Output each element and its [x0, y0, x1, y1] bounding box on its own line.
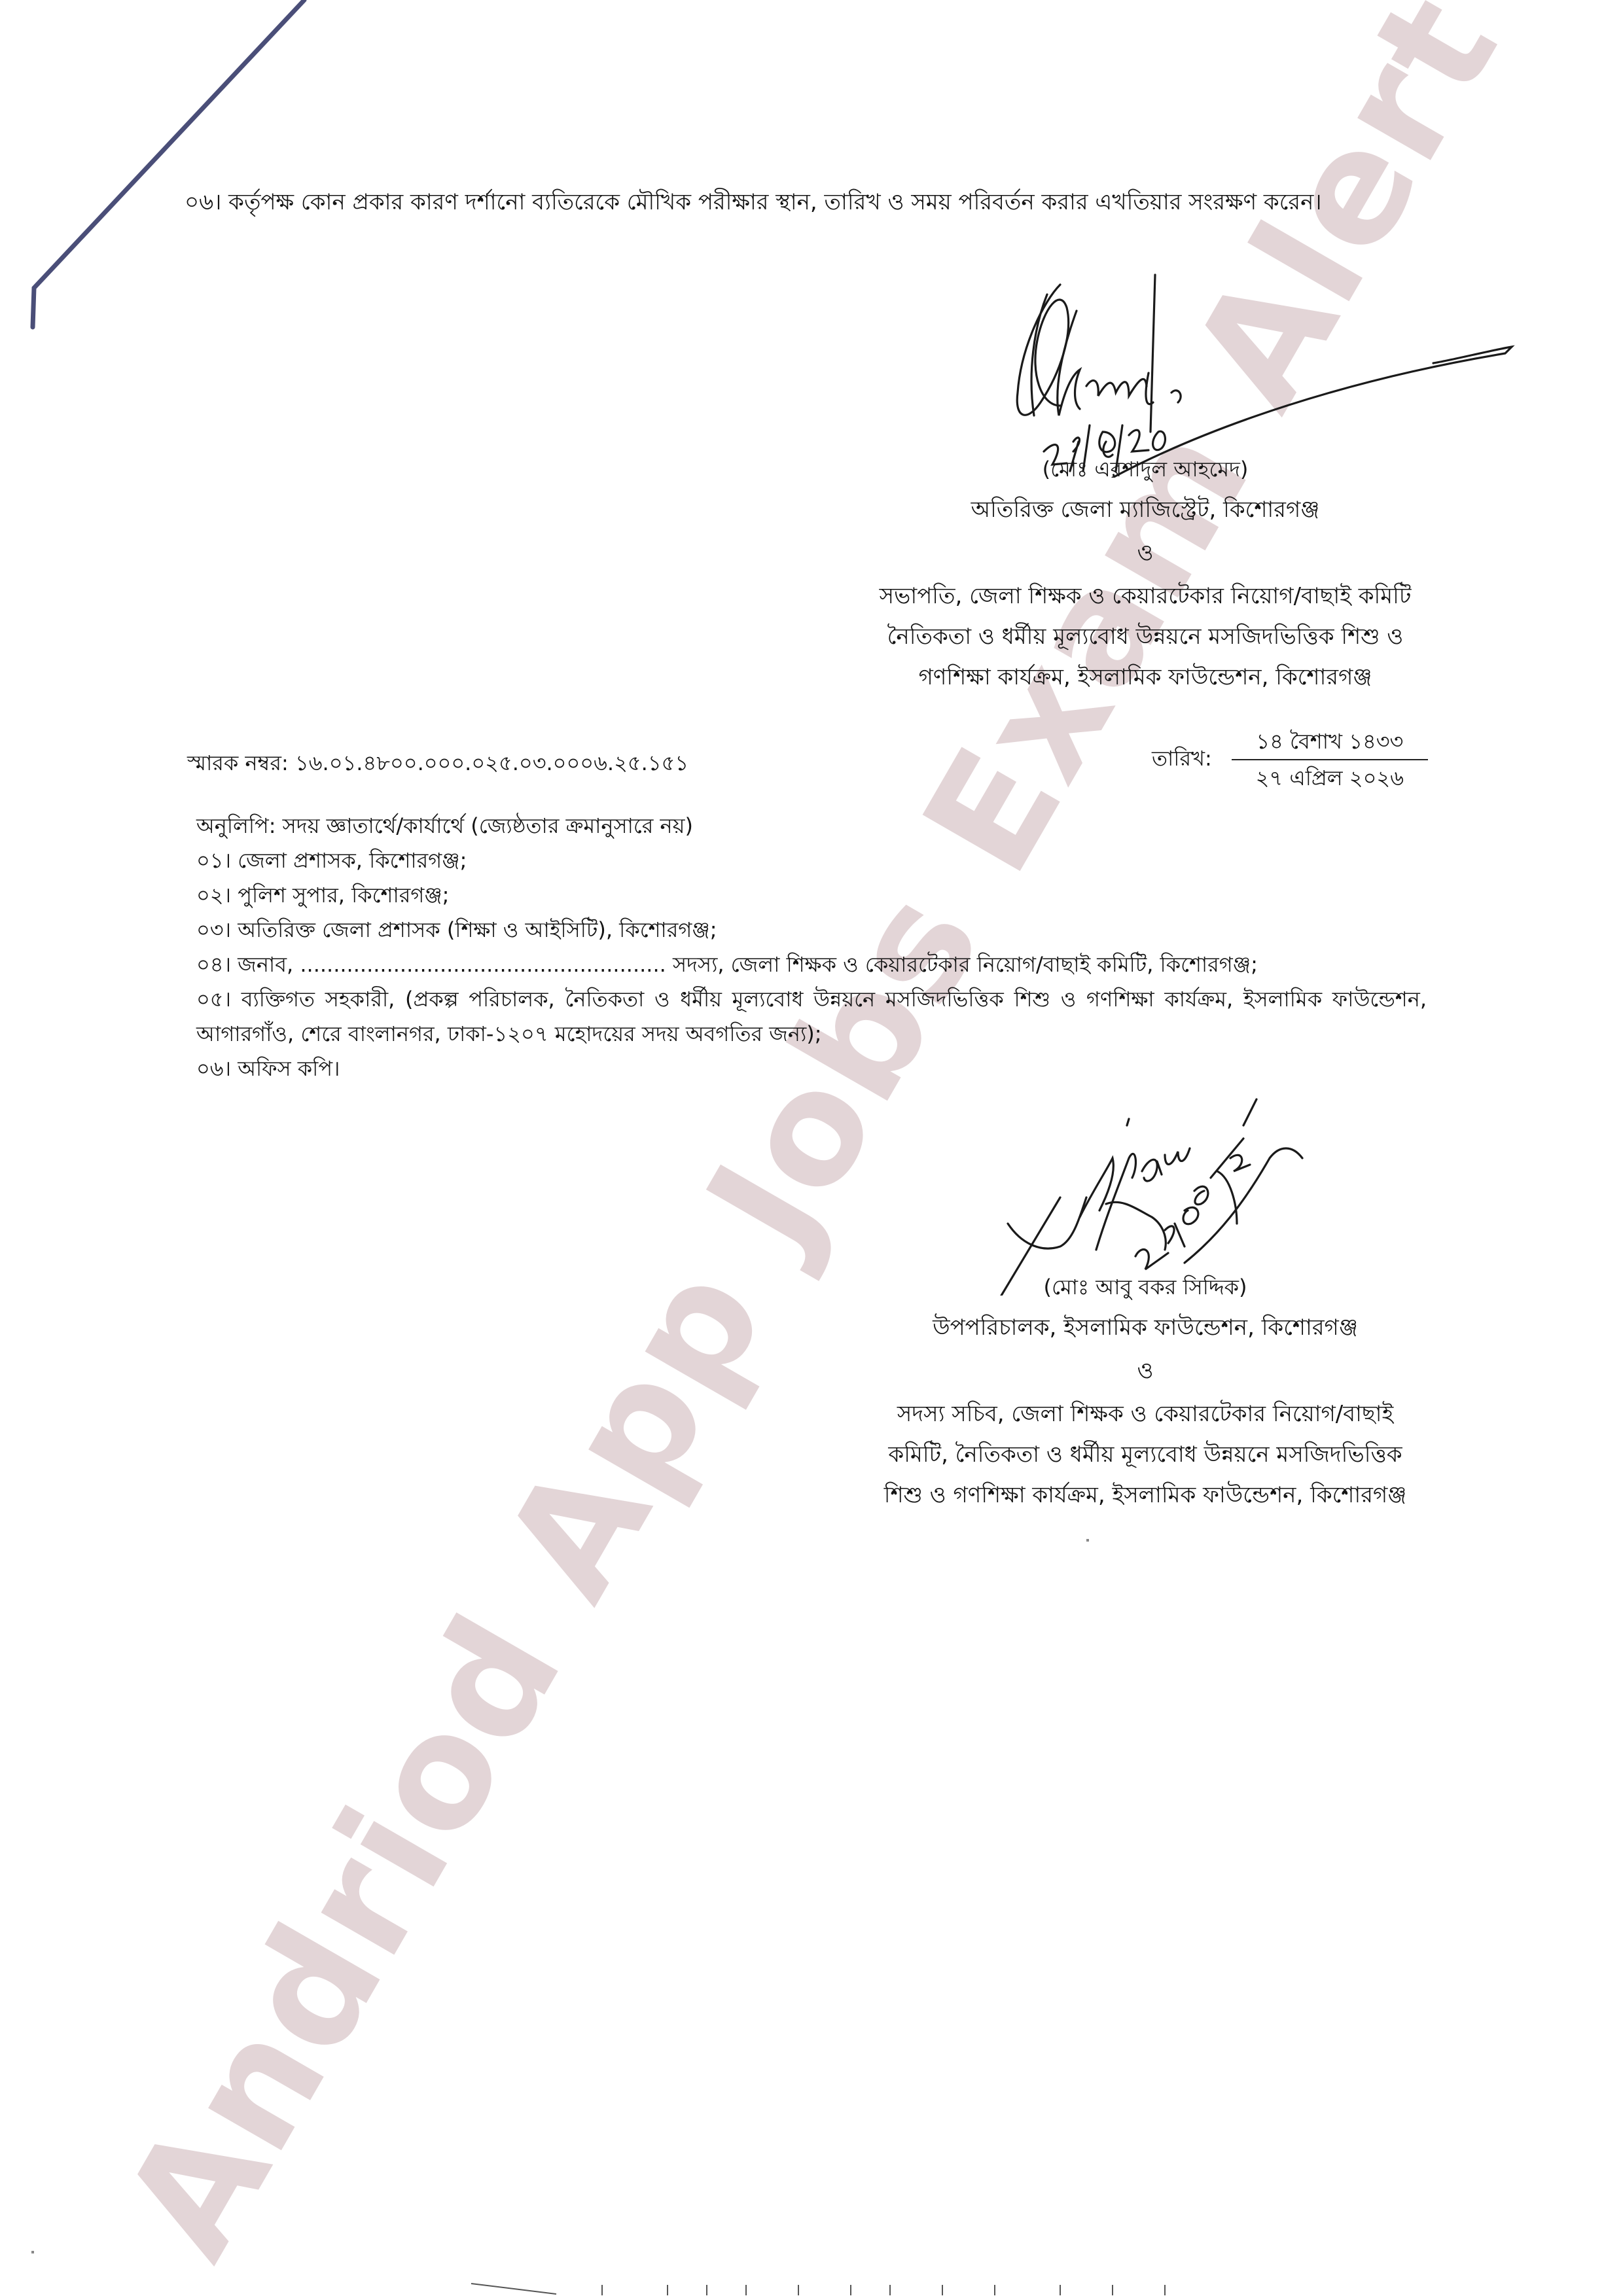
- signatory-1-role-line: সভাপতি, জেলা শিক্ষক ও কেয়ারটেকার নিয়োগ…: [818, 576, 1472, 616]
- memo-number-line: স্মারক নম্বর: ১৬.০১.৪৮০০.০০০.০২৫.০৩.০০০৬…: [187, 745, 688, 781]
- copy-to-heading: অনুলিপি: সদয় জ্ঞাতার্থে/কার্যার্থে (জ্য…: [196, 809, 1427, 843]
- signatory-1-conjunction: ও: [818, 530, 1472, 576]
- bottom-page-bleed: [249, 2282, 1361, 2296]
- scan-speck: [31, 2251, 34, 2253]
- watermark: Andriod App Jobs Exam Alert: [90, 0, 1533, 2286]
- signatory-2-block: (মোঃ আবু বকর সিদ্দিক) উপপরিচালক, ইসলামিক…: [818, 1267, 1472, 1515]
- document-page: Andriod App Jobs Exam Alert ০৬। কর্তৃপক্…: [0, 0, 1623, 2296]
- date-stack: ১৪ বৈশাখ ১৪৩৩ ২৭ এপ্রিল ২০২৬: [1232, 725, 1428, 794]
- signatory-2-role-line: সদস্য সচিব, জেলা শিক্ষক ও কেয়ারটেকার নি…: [818, 1394, 1472, 1434]
- signatory-1-name: (মোঃ এরশাদুল আহমেদ): [818, 449, 1472, 489]
- signatory-2-role-line: কমিটি, নৈতিকতা ও ধর্মীয় মূল্যবোধ উন্নয়…: [818, 1434, 1472, 1475]
- memo-label: স্মারক নম্বর:: [187, 751, 289, 775]
- signatory-1-designation: অতিরিক্ত জেলা ম্যাজিস্ট্রেট, কিশোরগঞ্জ: [818, 489, 1472, 530]
- copy-to-item: ০১। জেলা প্রশাসক, কিশোরগঞ্জ;: [196, 843, 1427, 878]
- memo-number: ১৬.০১.৪৮০০.০০০.০২৫.০৩.০০০৬.২৫.১৫১: [295, 751, 688, 775]
- copy-to-section: অনুলিপি: সদয় জ্ঞাতার্থে/কার্যার্থে (জ্য…: [196, 809, 1427, 1086]
- date-divider: [1232, 759, 1428, 760]
- signatory-2-designation: উপপরিচালক, ইসলামিক ফাউন্ডেশন, কিশোরগঞ্জ: [818, 1307, 1472, 1348]
- signatory-1-role-line: নৈতিকতা ও ধর্মীয় মূল্যবোধ উন্নয়নে মসজি…: [818, 616, 1472, 657]
- date-block: তারিখ: ১৪ বৈশাখ ১৪৩৩ ২৭ এপ্রিল ২০২৬: [1152, 725, 1428, 794]
- signatory-1-role-line: গণশিক্ষা কার্যক্রম, ইসলামিক ফাউন্ডেশন, ক…: [818, 657, 1472, 698]
- signatory-2-name: (মোঃ আবু বকর সিদ্দিক): [818, 1267, 1472, 1307]
- copy-to-item: ০২। পুলিশ সুপার, কিশোরগঞ্জ;: [196, 878, 1427, 913]
- copy-to-item: ০৬। অফিস কপি।: [196, 1051, 1427, 1086]
- date-label: তারিখ:: [1152, 742, 1212, 777]
- date-bangla: ১৪ বৈশাখ ১৪৩৩: [1243, 725, 1416, 758]
- date-gregorian: ২৭ এপ্রিল ২০২৬: [1243, 762, 1417, 794]
- copy-to-item: ০৩। অতিরিক্ত জেলা প্রশাসক (শিক্ষা ও আইসি…: [196, 913, 1427, 947]
- signatory-2-conjunction: ও: [818, 1348, 1472, 1394]
- copy-to-item: ০৪। জনাব, ..............................…: [196, 947, 1427, 982]
- copy-to-item: ০৫। ব্যক্তিগত সহকারী, (প্রকল্প পরিচালক, …: [196, 982, 1427, 1051]
- scan-speck: [1086, 1539, 1089, 1542]
- signatory-2-role-line: শিশু ও গণশিক্ষা কার্যক্রম, ইসলামিক ফাউন্…: [818, 1475, 1472, 1515]
- clause-06: ০৬। কর্তৃপক্ষ কোন প্রকার কারণ দর্শানো ব্…: [185, 182, 1428, 222]
- signature-2: [982, 1086, 1453, 1296]
- signature-1: [982, 255, 1544, 478]
- signatory-1-block: (মোঃ এরশাদুল আহমেদ) অতিরিক্ত জেলা ম্যাজি…: [818, 449, 1472, 698]
